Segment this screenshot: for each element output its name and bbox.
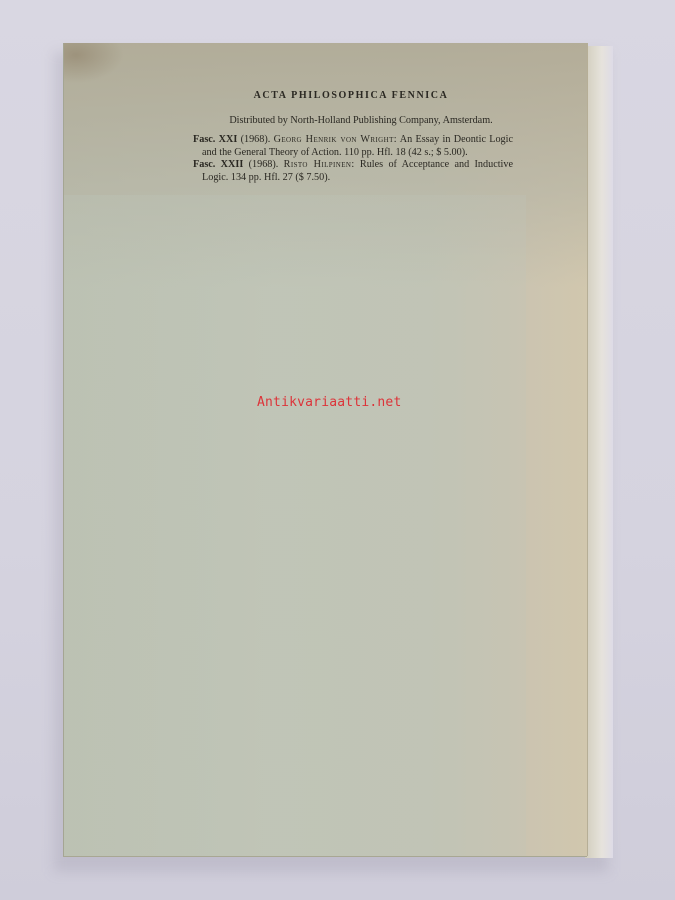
series-title: ACTA PHILOSOPHICA FENNICA (189, 90, 513, 103)
entry-year: (1968). (249, 159, 279, 170)
listing-entry: Fasc. XXII (1968). Risto Hilpinen: Rules… (193, 159, 513, 184)
publisher-listing: ACTA PHILOSOPHICA FENNICA Distributed by… (193, 90, 513, 184)
distributor-line: Distributed by North-Holland Publishing … (209, 115, 513, 128)
page-edge (585, 46, 613, 858)
entry-author: Risto Hilpinen: (284, 159, 355, 170)
cover-shaded-block (64, 195, 526, 856)
entry-author: Georg Henrik von Wright: (274, 134, 397, 145)
fasc-label: Fasc. XXI (193, 134, 237, 145)
watermark-text: Antikvariaatti.net (257, 395, 401, 410)
entry-year: (1968). (241, 134, 271, 145)
listing-entry: Fasc. XXI (1968). Georg Henrik von Wrigh… (193, 134, 513, 159)
fasc-label: Fasc. XXII (193, 159, 243, 170)
